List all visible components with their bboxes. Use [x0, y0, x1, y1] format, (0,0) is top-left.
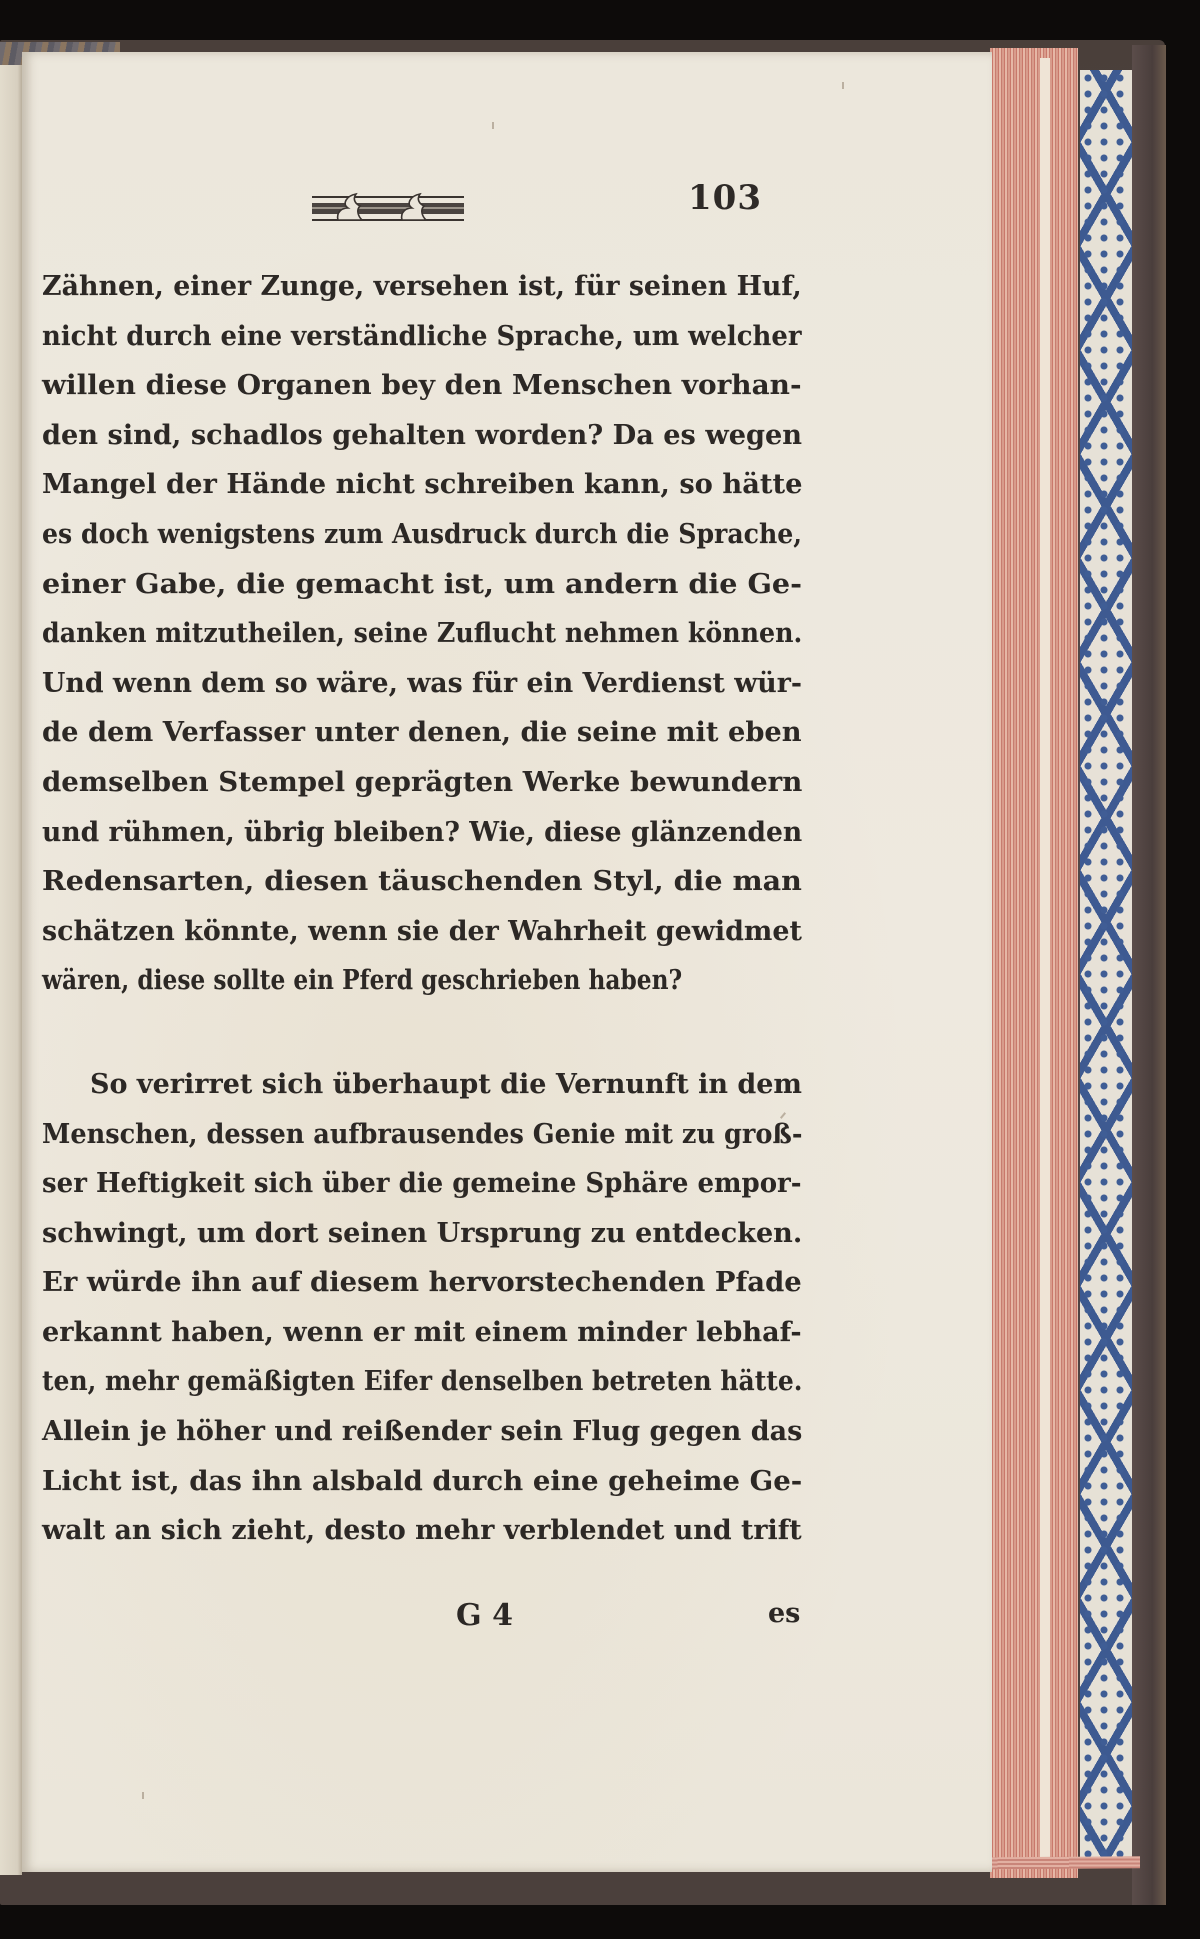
text-line: ten, mehr gemäßigten Eifer denselben bet…	[42, 1357, 802, 1407]
text-line: schätzen könnte, wenn sie der Wahrheit g…	[42, 907, 802, 957]
red-page-edges	[990, 48, 1078, 1878]
paper-fleck	[142, 1792, 144, 1799]
cover-board-edge	[1132, 45, 1166, 1905]
text-line: Redensarten, diesen täuschenden Styl, di…	[42, 857, 802, 907]
text-line: de dem Verfasser unter denen, die seine …	[42, 708, 802, 758]
text-line: nicht durch eine verständliche Sprache, …	[42, 312, 802, 362]
text-line: Und wenn dem so wäre, was für ein Verdie…	[42, 659, 802, 709]
text-line: Licht ist, das ihn alsbald durch eine ge…	[42, 1457, 802, 1507]
paragraph-1: Zähnen, einer Zunge, versehen ist, für s…	[42, 262, 802, 1006]
text-line: Allein je höher und reißender sein Flug …	[42, 1407, 802, 1457]
text-line: danken mitzutheilen, seine Zuflucht nehm…	[42, 609, 802, 659]
text-line: den sind, schadlos gehalten worden? Da e…	[42, 411, 802, 461]
paper-fleck	[492, 122, 494, 129]
text-line: demselben Stempel geprägten Werke bewund…	[42, 758, 802, 808]
text-line: Zähnen, einer Zunge, versehen ist, für s…	[42, 262, 802, 312]
text-line: ser Heftigkeit sich über die gemeine Sph…	[42, 1159, 802, 1209]
text-line: Menschen, dessen aufbrausendes Genie mit…	[42, 1110, 802, 1160]
text-line: Mangel der Hände nicht schreiben kann, s…	[42, 460, 802, 510]
text-line: walt an sich zieht, desto mehr verblende…	[42, 1506, 802, 1556]
text-line: erkannt haben, wenn er mit einem minder …	[42, 1308, 802, 1358]
text-line: schwingt, um dort seinen Ursprung zu ent…	[42, 1209, 802, 1259]
text-line: einer Gabe, die gemacht ist, um andern d…	[42, 560, 802, 610]
text-line: Er würde ihn auf diesem hervorstechenden…	[42, 1258, 802, 1308]
paragraph-2: So verirret sich überhaupt die Vernunft …	[42, 1060, 802, 1556]
paper-fleck	[842, 82, 844, 89]
text-line: willen diese Organen bey den Menschen vo…	[42, 361, 802, 411]
facing-page-strip	[0, 65, 22, 1875]
signature-mark: G 4	[456, 1598, 513, 1633]
marbled-endpaper	[1080, 70, 1132, 1865]
page-edge-gap	[1040, 58, 1050, 1868]
text-line: So verirret sich überhaupt die Vernunft …	[42, 1060, 850, 1110]
catchword: es	[768, 1598, 800, 1629]
text-line: wären, diese sollte ein Pferd geschriebe…	[42, 956, 698, 1006]
paragraph-gap	[42, 1006, 802, 1060]
body-text: Zähnen, einer Zunge, versehen ist, für s…	[42, 262, 802, 1556]
page-number: 103	[688, 178, 762, 218]
headpiece-ornament-icon	[312, 190, 464, 224]
text-line: es doch wenigstens zum Ausdruck durch di…	[42, 510, 802, 560]
text-line: und rühmen, übrig bleiben? Wie, diese gl…	[42, 808, 802, 858]
